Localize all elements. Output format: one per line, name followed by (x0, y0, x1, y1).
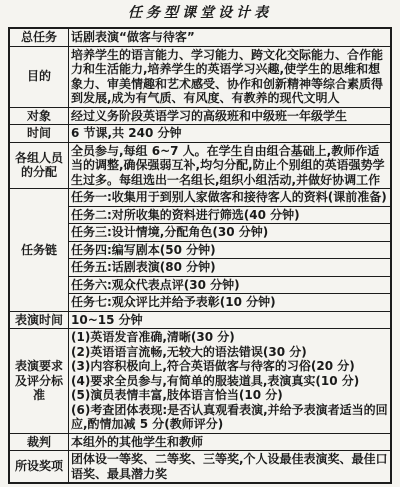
row-content-total-task: 话剧表演“做客与待客” (69, 28, 392, 46)
row-label-time: 时间 (9, 125, 69, 143)
table-row-target: 对象 经过义务阶段英语学习的高级班和中级班一年级学生 (9, 107, 391, 125)
task-design-table: 总任务 话剧表演“做客与待客” 目的 培养学生的语言能力、学习能力、跨文化交际能… (8, 27, 392, 484)
table-row-time: 时间 6 节课,共 240 分钟 (9, 125, 391, 143)
row-content-grouping: 全员参与,每组 6~7 人。在学生自由组合基础上,教师作适当的调整,确保强弱互补… (69, 142, 392, 189)
table-row-judge: 裁判 本组外的其他学生和教师 (9, 433, 391, 451)
criteria-item-5: (5)演员表情丰富,肢体语言恰当(10 分) (71, 388, 388, 403)
task-chain-label: 任务链 (9, 189, 69, 312)
row-label-awards: 所设奖项 (9, 451, 69, 484)
table-row-criteria: 表演要求及评分标准 (1)英语发音准确,清晰(30 分) (2)英语语言流畅,无… (9, 329, 391, 434)
row-content-judge: 本组外的其他学生和教师 (69, 433, 392, 451)
task-item-2: 任务二:对所收集的资料进行筛选(40 分钟) (69, 206, 392, 224)
row-label-criteria: 表演要求及评分标准 (9, 329, 69, 434)
task-item-7: 任务七:观众评比并给予表彰(10 分钟) (69, 294, 392, 312)
criteria-item-6: (6)考查团体表现:是否认真观看表演,并给予表演者适当的回应,酌情加减 5 分(… (71, 403, 388, 432)
criteria-item-1: (1)英语发音准确,清晰(30 分) (71, 330, 388, 345)
row-label-target: 对象 (9, 107, 69, 125)
criteria-item-3: (3)内容积极向上,符合英语做客与待客的习俗(20 分) (71, 359, 388, 374)
criteria-item-2: (2)英语语言流畅,无较大的语法错误(30 分) (71, 345, 388, 360)
table-row-purpose: 目的 培养学生的语言能力、学习能力、跨文化交际能力、合作能力和生活能力,培养学生… (9, 46, 391, 107)
task-item-4: 任务四:编写剧本(50 分钟) (69, 241, 392, 259)
row-label-purpose: 目的 (9, 46, 69, 107)
row-label-grouping: 各组人员的分配 (9, 142, 69, 189)
row-content-performance-time: 10~15 分钟 (69, 311, 392, 329)
criteria-item-4: (4)要求全员参与,有简单的服装道具,表演真实(10 分) (71, 374, 388, 389)
task-item-3: 任务三:设计情境,分配角色(30 分钟) (69, 224, 392, 242)
row-content-awards: 团体设一等奖、二等奖、三等奖,个人设最佳表演奖、最佳口语奖、最具潜力奖 (69, 451, 392, 484)
task-item-1: 任务一:收集用于到别人家做客和接待客人的资料(课前准备) (69, 189, 392, 207)
table-row-awards: 所设奖项 团体设一等奖、二等奖、三等奖,个人设最佳表演奖、最佳口语奖、最具潜力奖 (9, 451, 391, 484)
row-label-total-task: 总任务 (9, 28, 69, 46)
row-label-judge: 裁判 (9, 433, 69, 451)
task-item-5: 任务五:话剧表演(80 分钟) (69, 259, 392, 277)
row-content-time: 6 节课,共 240 分钟 (69, 125, 392, 143)
row-content-purpose: 培养学生的语言能力、学习能力、跨文化交际能力、合作能力和生活能力,培养学生的英语… (69, 46, 392, 107)
page-title: 任务型课堂设计表 (0, 0, 400, 24)
table-row-performance-time: 表演时间 10~15 分钟 (9, 311, 391, 329)
task-item-6: 任务六:观众代表点评(30 分钟) (69, 276, 392, 294)
row-label-performance-time: 表演时间 (9, 311, 69, 329)
table-row-total-task: 总任务 话剧表演“做客与待客” (9, 28, 391, 46)
row-content-target: 经过义务阶段英语学习的高级班和中级班一年级学生 (69, 107, 392, 125)
row-content-criteria: (1)英语发音准确,清晰(30 分) (2)英语语言流畅,无较大的语法错误(30… (69, 329, 392, 434)
table-row-task-1: 任务链 任务一:收集用于到别人家做客和接待客人的资料(课前准备) (9, 189, 391, 207)
table-row-grouping: 各组人员的分配 全员参与,每组 6~7 人。在学生自由组合基础上,教师作适当的调… (9, 142, 391, 189)
